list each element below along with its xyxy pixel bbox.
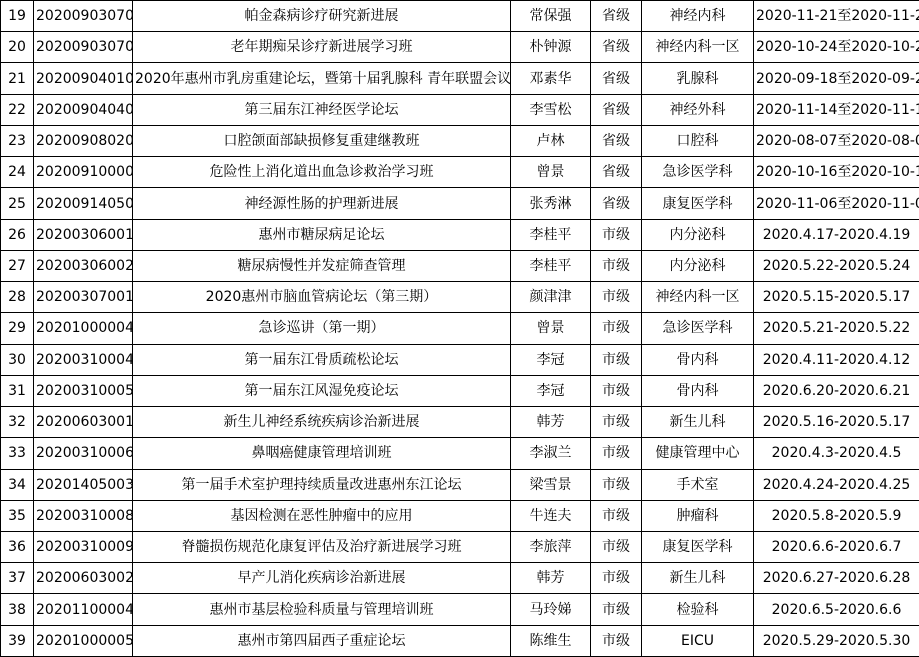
table-row: 28 20200307001 2020惠州市脑血管病论坛（第三期） 颜津津 市级… xyxy=(1,282,919,313)
date-range-cell: 2020.6.5-2020.6.6 xyxy=(754,594,919,625)
level-cell: 省级 xyxy=(591,157,642,188)
person-name-cell: 韩芳 xyxy=(511,407,591,438)
person-name-cell: 陈维生 xyxy=(511,625,591,656)
date-range-cell: 2020.6.27-2020.6.28 xyxy=(754,563,919,594)
row-number-cell: 27 xyxy=(1,250,34,281)
row-number-cell: 37 xyxy=(1,563,34,594)
row-number-cell: 19 xyxy=(1,1,34,32)
course-id-cell: 20200310009 xyxy=(34,531,133,562)
course-name-cell: 老年期痴呆诊疗新进展学习班 xyxy=(133,32,511,63)
person-name-cell: 梁雪景 xyxy=(511,469,591,500)
row-number-cell: 33 xyxy=(1,438,34,469)
course-id-cell: 20200306001 xyxy=(34,219,133,250)
department-cell: 神经外科 xyxy=(642,94,754,125)
table-row: 31 20200310005 第一届东江风湿免疫论坛 李冠 市级 骨内科 202… xyxy=(1,375,919,406)
course-id-cell: 20201405003 xyxy=(34,469,133,500)
department-cell: 新生儿科 xyxy=(642,563,754,594)
department-cell: 骨内科 xyxy=(642,344,754,375)
row-number-cell: 24 xyxy=(1,157,34,188)
table-row: 33 20200310006 鼻咽癌健康管理培训班 李淑兰 市级 健康管理中心 … xyxy=(1,438,919,469)
table-row: 27 20200306002 糖尿病慢性并发症筛查管理 李桂平 市级 内分泌科 … xyxy=(1,250,919,281)
level-cell: 省级 xyxy=(591,63,642,94)
date-range-cell: 2020.6.6-2020.6.7 xyxy=(754,531,919,562)
department-cell: 神经内科一区 xyxy=(642,282,754,313)
course-name-cell: 2020年惠州市乳房重建论坛，暨第十届乳腺科 青年联盟会议 xyxy=(133,63,511,94)
department-cell: 手术室 xyxy=(642,469,754,500)
table-row: 24 2020091000007 危险性上消化道出血急诊救治学习班 曾景 省级 … xyxy=(1,157,919,188)
course-id-cell: 20200310008 xyxy=(34,500,133,531)
person-name-cell: 曾景 xyxy=(511,313,591,344)
course-name-cell: 2020惠州市脑血管病论坛（第三期） xyxy=(133,282,511,313)
course-id-cell: 20201100004 xyxy=(34,594,133,625)
level-cell: 省级 xyxy=(591,94,642,125)
course-id-cell: 20201000004 xyxy=(34,313,133,344)
person-name-cell: 卢林 xyxy=(511,125,591,156)
person-name-cell: 牛连夫 xyxy=(511,500,591,531)
date-range-cell: 2020.5.8-2020.5.9 xyxy=(754,500,919,531)
course-name-cell: 脊髓损伤规范化康复评估及治疗新进展学习班 xyxy=(133,531,511,562)
course-id-cell: 2020091405007 xyxy=(34,188,133,219)
row-number-cell: 38 xyxy=(1,594,34,625)
row-number-cell: 32 xyxy=(1,407,34,438)
department-cell: 急诊医学科 xyxy=(642,157,754,188)
course-id-cell: 20200603001 xyxy=(34,407,133,438)
level-cell: 市级 xyxy=(591,282,642,313)
department-cell: 肿瘤科 xyxy=(642,500,754,531)
course-id-cell: 20200306002 xyxy=(34,250,133,281)
person-name-cell: 李雪松 xyxy=(511,94,591,125)
table-row: 21 2020090401008 2020年惠州市乳房重建论坛，暨第十届乳腺科 … xyxy=(1,63,919,94)
table-row: 30 20200310004 第一届东江骨质疏松论坛 李冠 市级 骨内科 202… xyxy=(1,344,919,375)
row-number-cell: 25 xyxy=(1,188,34,219)
table-body: 19 2020090307015 帕金森病诊疗研究新进展 常保强 省级 神经内科… xyxy=(1,1,919,657)
course-id-cell: 2020090404005 xyxy=(34,94,133,125)
level-cell: 市级 xyxy=(591,469,642,500)
course-name-cell: 惠州市基层检验科质量与管理培训班 xyxy=(133,594,511,625)
table-row: 38 20201100004 惠州市基层检验科质量与管理培训班 马玲娣 市级 检… xyxy=(1,594,919,625)
person-name-cell: 邓素华 xyxy=(511,63,591,94)
row-number-cell: 29 xyxy=(1,313,34,344)
person-name-cell: 曾景 xyxy=(511,157,591,188)
course-id-cell: 20200310004 xyxy=(34,344,133,375)
date-range-cell: 2020-10-16至2020-10-17 xyxy=(754,157,919,188)
person-name-cell: 李冠 xyxy=(511,375,591,406)
level-cell: 市级 xyxy=(591,313,642,344)
level-cell: 市级 xyxy=(591,438,642,469)
table-row: 20 2020090307018 老年期痴呆诊疗新进展学习班 朴钟源 省级 神经… xyxy=(1,32,919,63)
row-number-cell: 23 xyxy=(1,125,34,156)
table-row: 22 2020090404005 第三届东江神经医学论坛 李雪松 省级 神经外科… xyxy=(1,94,919,125)
level-cell: 市级 xyxy=(591,500,642,531)
course-name-cell: 帕金森病诊疗研究新进展 xyxy=(133,1,511,32)
level-cell: 省级 xyxy=(591,125,642,156)
person-name-cell: 李旅萍 xyxy=(511,531,591,562)
course-name-cell: 口腔颌面部缺损修复重建继教班 xyxy=(133,125,511,156)
date-range-cell: 2020.4.3-2020.4.5 xyxy=(754,438,919,469)
department-cell: 骨内科 xyxy=(642,375,754,406)
row-number-cell: 35 xyxy=(1,500,34,531)
level-cell: 市级 xyxy=(591,531,642,562)
course-name-cell: 第一届手术室护理持续质量改进惠州东江论坛 xyxy=(133,469,511,500)
row-number-cell: 30 xyxy=(1,344,34,375)
department-cell: 康复医学科 xyxy=(642,188,754,219)
level-cell: 市级 xyxy=(591,219,642,250)
date-range-cell: 2020-11-06至2020-11-08 xyxy=(754,188,919,219)
course-id-cell: 2020090401008 xyxy=(34,63,133,94)
level-cell: 市级 xyxy=(591,594,642,625)
level-cell: 市级 xyxy=(591,625,642,656)
person-name-cell: 张秀淋 xyxy=(511,188,591,219)
course-name-cell: 第一届东江风湿免疫论坛 xyxy=(133,375,511,406)
table-row: 29 20201000004 急诊巡讲（第一期） 曾景 市级 急诊医学科 202… xyxy=(1,313,919,344)
level-cell: 市级 xyxy=(591,250,642,281)
table-row: 23 2020090802001 口腔颌面部缺损修复重建继教班 卢林 省级 口腔… xyxy=(1,125,919,156)
row-number-cell: 36 xyxy=(1,531,34,562)
department-cell: 口腔科 xyxy=(642,125,754,156)
continuing-education-course-table: 19 2020090307015 帕金森病诊疗研究新进展 常保强 省级 神经内科… xyxy=(0,0,919,657)
course-name-cell: 新生儿神经系统疾病诊治新进展 xyxy=(133,407,511,438)
date-range-cell: 2020-10-24至2020-10-25 xyxy=(754,32,919,63)
course-name-cell: 急诊巡讲（第一期） xyxy=(133,313,511,344)
person-name-cell: 颜津津 xyxy=(511,282,591,313)
person-name-cell: 马玲娣 xyxy=(511,594,591,625)
person-name-cell: 李淑兰 xyxy=(511,438,591,469)
person-name-cell: 李桂平 xyxy=(511,219,591,250)
level-cell: 市级 xyxy=(591,407,642,438)
date-range-cell: 2020.5.29-2020.5.30 xyxy=(754,625,919,656)
course-name-cell: 第三届东江神经医学论坛 xyxy=(133,94,511,125)
date-range-cell: 2020.4.11-2020.4.12 xyxy=(754,344,919,375)
table-row: 37 20200603002 早产儿消化疾病诊治新进展 韩芳 市级 新生儿科 2… xyxy=(1,563,919,594)
department-cell: 急诊医学科 xyxy=(642,313,754,344)
level-cell: 省级 xyxy=(591,32,642,63)
table-row: 39 20201000005 惠州市第四届西子重症论坛 陈维生 市级 EICU … xyxy=(1,625,919,656)
course-id-cell: 20201000005 xyxy=(34,625,133,656)
course-id-cell: 2020090307015 xyxy=(34,1,133,32)
date-range-cell: 2020.4.17-2020.4.19 xyxy=(754,219,919,250)
person-name-cell: 韩芳 xyxy=(511,563,591,594)
row-number-cell: 28 xyxy=(1,282,34,313)
department-cell: 健康管理中心 xyxy=(642,438,754,469)
row-number-cell: 21 xyxy=(1,63,34,94)
table-row: 19 2020090307015 帕金森病诊疗研究新进展 常保强 省级 神经内科… xyxy=(1,1,919,32)
date-range-cell: 2020.6.20-2020.6.21 xyxy=(754,375,919,406)
level-cell: 市级 xyxy=(591,375,642,406)
level-cell: 市级 xyxy=(591,563,642,594)
course-name-cell: 惠州市糖尿病足论坛 xyxy=(133,219,511,250)
date-range-cell: 2020-11-21至2020-11-22 xyxy=(754,1,919,32)
date-range-cell: 2020.5.22-2020.5.24 xyxy=(754,250,919,281)
table-row: 25 2020091405007 神经源性肠的护理新进展 张秀淋 省级 康复医学… xyxy=(1,188,919,219)
department-cell: 神经内科 xyxy=(642,1,754,32)
level-cell: 省级 xyxy=(591,1,642,32)
course-name-cell: 糖尿病慢性并发症筛查管理 xyxy=(133,250,511,281)
row-number-cell: 22 xyxy=(1,94,34,125)
department-cell: 康复医学科 xyxy=(642,531,754,562)
department-cell: 乳腺科 xyxy=(642,63,754,94)
department-cell: 内分泌科 xyxy=(642,219,754,250)
course-id-cell: 20200310005 xyxy=(34,375,133,406)
row-number-cell: 31 xyxy=(1,375,34,406)
department-cell: 新生儿科 xyxy=(642,407,754,438)
row-number-cell: 39 xyxy=(1,625,34,656)
date-range-cell: 2020-09-18至2020-09-20 xyxy=(754,63,919,94)
course-name-cell: 鼻咽癌健康管理培训班 xyxy=(133,438,511,469)
table-row: 36 20200310009 脊髓损伤规范化康复评估及治疗新进展学习班 李旅萍 … xyxy=(1,531,919,562)
course-name-cell: 神经源性肠的护理新进展 xyxy=(133,188,511,219)
date-range-cell: 2020-11-14至2020-11-15 xyxy=(754,94,919,125)
course-id-cell: 2020090307018 xyxy=(34,32,133,63)
course-name-cell: 基因检测在恶性肿瘤中的应用 xyxy=(133,500,511,531)
person-name-cell: 常保强 xyxy=(511,1,591,32)
person-name-cell: 李桂平 xyxy=(511,250,591,281)
date-range-cell: 2020-08-07至2020-08-09 xyxy=(754,125,919,156)
table-row: 32 20200603001 新生儿神经系统疾病诊治新进展 韩芳 市级 新生儿科… xyxy=(1,407,919,438)
course-id-cell: 2020091000007 xyxy=(34,157,133,188)
department-cell: EICU xyxy=(642,625,754,656)
date-range-cell: 2020.5.15-2020.5.17 xyxy=(754,282,919,313)
table-row: 26 20200306001 惠州市糖尿病足论坛 李桂平 市级 内分泌科 202… xyxy=(1,219,919,250)
course-id-cell: 20200310006 xyxy=(34,438,133,469)
row-number-cell: 34 xyxy=(1,469,34,500)
level-cell: 市级 xyxy=(591,344,642,375)
row-number-cell: 20 xyxy=(1,32,34,63)
department-cell: 内分泌科 xyxy=(642,250,754,281)
course-name-cell: 惠州市第四届西子重症论坛 xyxy=(133,625,511,656)
course-name-cell: 早产儿消化疾病诊治新进展 xyxy=(133,563,511,594)
row-number-cell: 26 xyxy=(1,219,34,250)
date-range-cell: 2020.4.24-2020.4.25 xyxy=(754,469,919,500)
table-row: 35 20200310008 基因检测在恶性肿瘤中的应用 牛连夫 市级 肿瘤科 … xyxy=(1,500,919,531)
person-name-cell: 朴钟源 xyxy=(511,32,591,63)
date-range-cell: 2020.5.16-2020.5.17 xyxy=(754,407,919,438)
level-cell: 省级 xyxy=(591,188,642,219)
course-name-cell: 第一届东江骨质疏松论坛 xyxy=(133,344,511,375)
person-name-cell: 李冠 xyxy=(511,344,591,375)
course-id-cell: 20200307001 xyxy=(34,282,133,313)
table-row: 34 20201405003 第一届手术室护理持续质量改进惠州东江论坛 梁雪景 … xyxy=(1,469,919,500)
department-cell: 神经内科一区 xyxy=(642,32,754,63)
department-cell: 检验科 xyxy=(642,594,754,625)
course-name-cell: 危险性上消化道出血急诊救治学习班 xyxy=(133,157,511,188)
course-id-cell: 2020090802001 xyxy=(34,125,133,156)
course-id-cell: 20200603002 xyxy=(34,563,133,594)
date-range-cell: 2020.5.21-2020.5.22 xyxy=(754,313,919,344)
